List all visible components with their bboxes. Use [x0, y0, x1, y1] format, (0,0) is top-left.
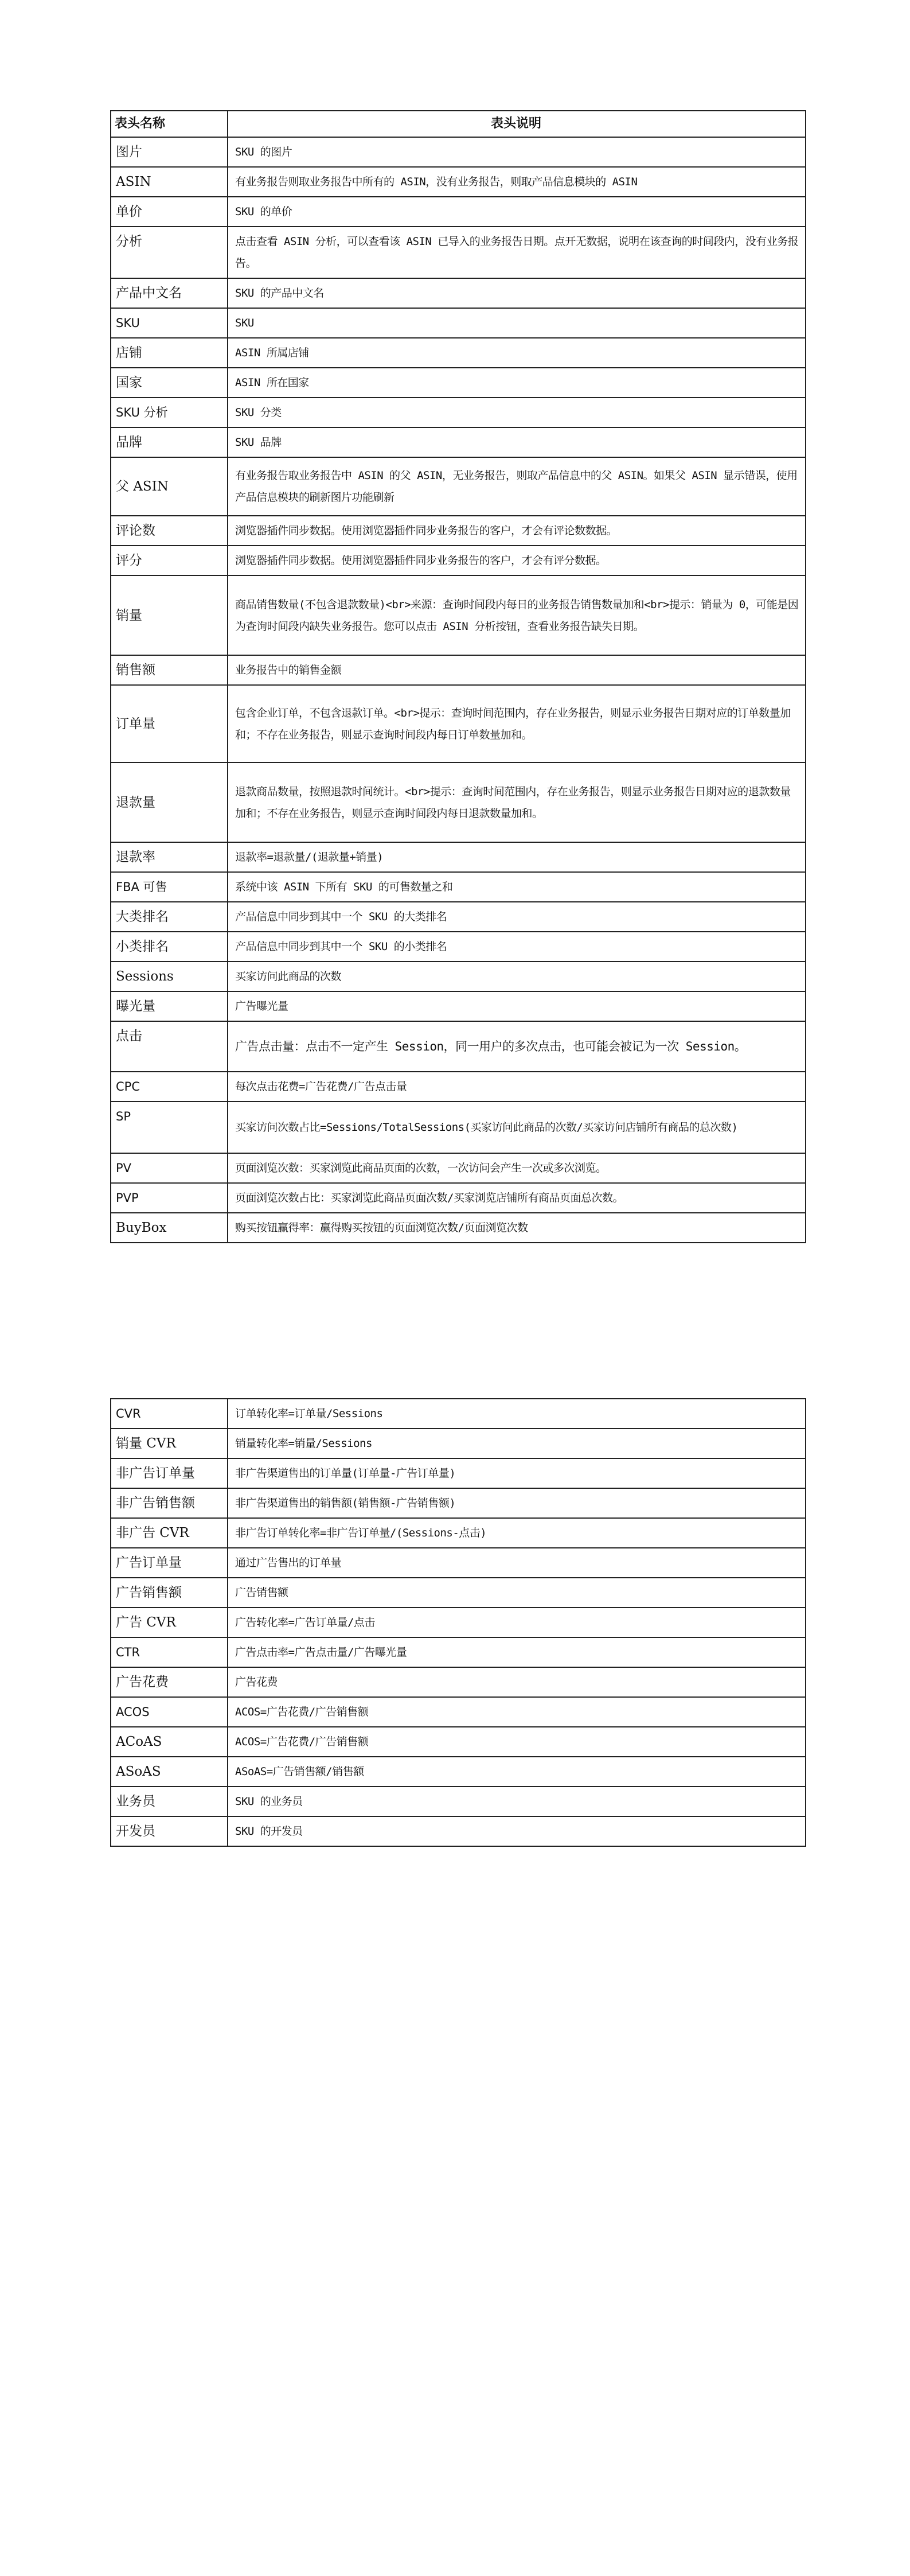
row-description: SKU 的业务员: [228, 1787, 806, 1816]
table-row: Sessions 买家访问此商品的次数: [111, 962, 806, 991]
row-name: 广告花费: [111, 1667, 228, 1697]
table-row: 评分 浏览器插件同步数据。使用浏览器插件同步业务报告的客户，才会有评分数据。: [111, 546, 806, 575]
table-row: ASIN 有业务报告则取业务报告中所有的 ASIN，没有业务报告，则取产品信息模…: [111, 167, 806, 197]
table-row: 销售额 业务报告中的销售金额: [111, 655, 806, 685]
row-description: 商品销售数量(不包含退款数量)<br>来源：查询时间段内每日的业务报告销售数量加…: [228, 575, 806, 655]
row-description: 有业务报告取业务报告中 ASIN 的父 ASIN，无业务报告，则取产品信息中的父…: [228, 457, 806, 516]
row-name: FBA 可售: [111, 872, 228, 902]
row-description: 浏览器插件同步数据。使用浏览器插件同步业务报告的客户，才会有评论数数据。: [228, 516, 806, 546]
table-row: ACoAS ACOS=广告花费/广告销售额: [111, 1727, 806, 1757]
row-description: 浏览器插件同步数据。使用浏览器插件同步业务报告的客户，才会有评分数据。: [228, 546, 806, 575]
header-column-description: 表头说明: [228, 111, 806, 137]
row-name: ACoAS: [111, 1727, 228, 1757]
row-description: 销量转化率=销量/Sessions: [228, 1429, 806, 1458]
row-description: SKU: [228, 308, 806, 338]
column-definitions-table-1: 表头名称 表头说明 图片 SKU 的图片 ASIN 有业务报告则取业务报告中所有…: [110, 110, 806, 1243]
row-name: 评论数: [111, 516, 228, 546]
row-description: 页面浏览次数占比：买家浏览此商品页面次数/买家浏览店铺所有商品页面总次数。: [228, 1183, 806, 1213]
table-row: CPC 每次点击花费=广告花费/广告点击量: [111, 1072, 806, 1102]
row-name: 广告订单量: [111, 1548, 228, 1578]
table-row: SKU SKU: [111, 308, 806, 338]
row-description: 买家访问次数占比=Sessions/TotalSessions(买家访问此商品的…: [228, 1102, 806, 1153]
row-description: SKU 的图片: [228, 137, 806, 167]
table-row: 小类排名 产品信息中同步到其中一个 SKU 的小类排名: [111, 932, 806, 962]
row-description: ASoAS=广告销售额/销售额: [228, 1757, 806, 1787]
row-description: 广告曝光量: [228, 991, 806, 1021]
row-name: 单价: [111, 197, 228, 227]
row-description: 广告花费: [228, 1667, 806, 1697]
row-name: ASIN: [111, 167, 228, 197]
table-row: CTR 广告点击率=广告点击量/广告曝光量: [111, 1637, 806, 1667]
row-name: CTR: [111, 1637, 228, 1667]
table-row: 产品中文名 SKU 的产品中文名: [111, 278, 806, 308]
row-name: 点击: [111, 1021, 228, 1072]
row-description: 订单转化率=订单量/Sessions: [228, 1399, 806, 1429]
row-description: SKU 的开发员: [228, 1816, 806, 1846]
table-row: 分析 点击查看 ASIN 分析，可以查看该 ASIN 已导入的业务报告日期。点开…: [111, 227, 806, 278]
row-name: Sessions: [111, 962, 228, 991]
table-row: 非广告订单量 非广告渠道售出的订单量(订单量-广告订单量): [111, 1458, 806, 1488]
row-name: 退款率: [111, 842, 228, 872]
row-description: SKU 的单价: [228, 197, 806, 227]
row-description: 广告转化率=广告订单量/点击: [228, 1608, 806, 1637]
row-name: 销量 CVR: [111, 1429, 228, 1458]
table-row: ACOS ACOS=广告花费/广告销售额: [111, 1697, 806, 1727]
row-description: 退款率=退款量/(退款量+销量): [228, 842, 806, 872]
row-name: 产品中文名: [111, 278, 228, 308]
row-name: SP: [111, 1102, 228, 1153]
table-row: 开发员 SKU 的开发员: [111, 1816, 806, 1846]
row-description: 系统中该 ASIN 下所有 SKU 的可售数量之和: [228, 872, 806, 902]
row-name: 业务员: [111, 1787, 228, 1816]
row-description: 广告点击量：点击不一定产生 Session，同一用户的多次点击，也可能会被记为一…: [228, 1021, 806, 1072]
table-row: PVP 页面浏览次数占比：买家浏览此商品页面次数/买家浏览店铺所有商品页面总次数…: [111, 1183, 806, 1213]
table-row: 父 ASIN 有业务报告取业务报告中 ASIN 的父 ASIN，无业务报告，则取…: [111, 457, 806, 516]
table-row: ASoAS ASoAS=广告销售额/销售额: [111, 1757, 806, 1787]
row-description: 通过广告售出的订单量: [228, 1548, 806, 1578]
row-description: 广告点击率=广告点击量/广告曝光量: [228, 1637, 806, 1667]
table-row: SKU 分析 SKU 分类: [111, 398, 806, 427]
row-name: 小类排名: [111, 932, 228, 962]
table-row: 非广告销售额 非广告渠道售出的销售额(销售额-广告销售额): [111, 1488, 806, 1518]
row-description: ACOS=广告花费/广告销售额: [228, 1697, 806, 1727]
table-row: 订单量 包含企业订单，不包含退款订单。<br>提示：查询时间范围内，存在业务报告…: [111, 685, 806, 762]
table-row: 点击 广告点击量：点击不一定产生 Session，同一用户的多次点击，也可能会被…: [111, 1021, 806, 1072]
row-name: 评分: [111, 546, 228, 575]
table-row: 广告订单量 通过广告售出的订单量: [111, 1548, 806, 1578]
row-description: ASIN 所在国家: [228, 368, 806, 398]
row-name: 订单量: [111, 685, 228, 762]
row-name: PV: [111, 1153, 228, 1183]
row-description: 购买按钮赢得率：赢得购买按钮的页面浏览次数/页面浏览次数: [228, 1213, 806, 1243]
row-description: ACOS=广告花费/广告销售额: [228, 1727, 806, 1757]
table-row: FBA 可售 系统中该 ASIN 下所有 SKU 的可售数量之和: [111, 872, 806, 902]
row-name: CVR: [111, 1399, 228, 1429]
table-row: 退款量 退款商品数量，按照退款时间统计。<br>提示：查询时间范围内，存在业务报…: [111, 762, 806, 842]
table-row: 广告花费 广告花费: [111, 1667, 806, 1697]
table-row: SP 买家访问次数占比=Sessions/TotalSessions(买家访问此…: [111, 1102, 806, 1153]
header-column-name: 表头名称: [111, 111, 228, 137]
row-description: ASIN 所属店铺: [228, 338, 806, 368]
table-row: CVR 订单转化率=订单量/Sessions: [111, 1399, 806, 1429]
row-description: SKU 的产品中文名: [228, 278, 806, 308]
row-name: 品牌: [111, 427, 228, 457]
row-name: CPC: [111, 1072, 228, 1102]
row-name: 店铺: [111, 338, 228, 368]
table-row: BuyBox 购买按钮赢得率：赢得购买按钮的页面浏览次数/页面浏览次数: [111, 1213, 806, 1243]
table-row: 退款率 退款率=退款量/(退款量+销量): [111, 842, 806, 872]
row-description: 产品信息中同步到其中一个 SKU 的大类排名: [228, 902, 806, 932]
table-row: 图片 SKU 的图片: [111, 137, 806, 167]
row-description: SKU 品牌: [228, 427, 806, 457]
table-row: 曝光量 广告曝光量: [111, 991, 806, 1021]
row-name: PVP: [111, 1183, 228, 1213]
row-name: 广告销售额: [111, 1578, 228, 1608]
table-row: 大类排名 产品信息中同步到其中一个 SKU 的大类排名: [111, 902, 806, 932]
table-row: 国家 ASIN 所在国家: [111, 368, 806, 398]
row-description: SKU 分类: [228, 398, 806, 427]
table-row: 广告 CVR 广告转化率=广告订单量/点击: [111, 1608, 806, 1637]
row-name: 销量: [111, 575, 228, 655]
table-row: 销量 CVR 销量转化率=销量/Sessions: [111, 1429, 806, 1458]
row-name: 国家: [111, 368, 228, 398]
table-header-row: 表头名称 表头说明: [111, 111, 806, 137]
row-description: 产品信息中同步到其中一个 SKU 的小类排名: [228, 932, 806, 962]
row-description: 每次点击花费=广告花费/广告点击量: [228, 1072, 806, 1102]
table-row: 非广告 CVR 非广告订单转化率=非广告订单量/(Sessions-点击): [111, 1518, 806, 1548]
row-name: 曝光量: [111, 991, 228, 1021]
table-row: PV 页面浏览次数：买家浏览此商品页面的次数，一次访问会产生一次或多次浏览。: [111, 1153, 806, 1183]
row-description: 页面浏览次数：买家浏览此商品页面的次数，一次访问会产生一次或多次浏览。: [228, 1153, 806, 1183]
row-name: 广告 CVR: [111, 1608, 228, 1637]
row-name: 退款量: [111, 762, 228, 842]
table-row: 单价 SKU 的单价: [111, 197, 806, 227]
table-row: 品牌 SKU 品牌: [111, 427, 806, 457]
row-description: 有业务报告则取业务报告中所有的 ASIN，没有业务报告，则取产品信息模块的 AS…: [228, 167, 806, 197]
row-name: 分析: [111, 227, 228, 278]
table-row: 评论数 浏览器插件同步数据。使用浏览器插件同步业务报告的客户，才会有评论数数据。: [111, 516, 806, 546]
row-name: 大类排名: [111, 902, 228, 932]
table-row: 广告销售额 广告销售额: [111, 1578, 806, 1608]
row-description: 退款商品数量，按照退款时间统计。<br>提示：查询时间范围内，存在业务报告，则显…: [228, 762, 806, 842]
row-name: SKU: [111, 308, 228, 338]
row-name: 图片: [111, 137, 228, 167]
row-name: SKU 分析: [111, 398, 228, 427]
row-name: 销售额: [111, 655, 228, 685]
row-description: 非广告渠道售出的销售额(销售额-广告销售额): [228, 1488, 806, 1518]
row-description: 非广告订单转化率=非广告订单量/(Sessions-点击): [228, 1518, 806, 1548]
row-name: BuyBox: [111, 1213, 228, 1243]
row-name: 非广告 CVR: [111, 1518, 228, 1548]
table-row: 店铺 ASIN 所属店铺: [111, 338, 806, 368]
row-name: ASoAS: [111, 1757, 228, 1787]
table-row: 业务员 SKU 的业务员: [111, 1787, 806, 1816]
row-description: 点击查看 ASIN 分析，可以查看该 ASIN 已导入的业务报告日期。点开无数据…: [228, 227, 806, 278]
table-row: 销量 商品销售数量(不包含退款数量)<br>来源：查询时间段内每日的业务报告销售…: [111, 575, 806, 655]
column-definitions-table-2: CVR 订单转化率=订单量/Sessions 销量 CVR 销量转化率=销量/S…: [110, 1398, 806, 1847]
row-name: 非广告销售额: [111, 1488, 228, 1518]
row-description: 包含企业订单，不包含退款订单。<br>提示：查询时间范围内，存在业务报告，则显示…: [228, 685, 806, 762]
row-description: 广告销售额: [228, 1578, 806, 1608]
row-description: 买家访问此商品的次数: [228, 962, 806, 991]
row-name: 父 ASIN: [111, 457, 228, 516]
row-name: 开发员: [111, 1816, 228, 1846]
row-description: 非广告渠道售出的订单量(订单量-广告订单量): [228, 1458, 806, 1488]
row-name: 非广告订单量: [111, 1458, 228, 1488]
row-name: ACOS: [111, 1697, 228, 1727]
row-description: 业务报告中的销售金额: [228, 655, 806, 685]
